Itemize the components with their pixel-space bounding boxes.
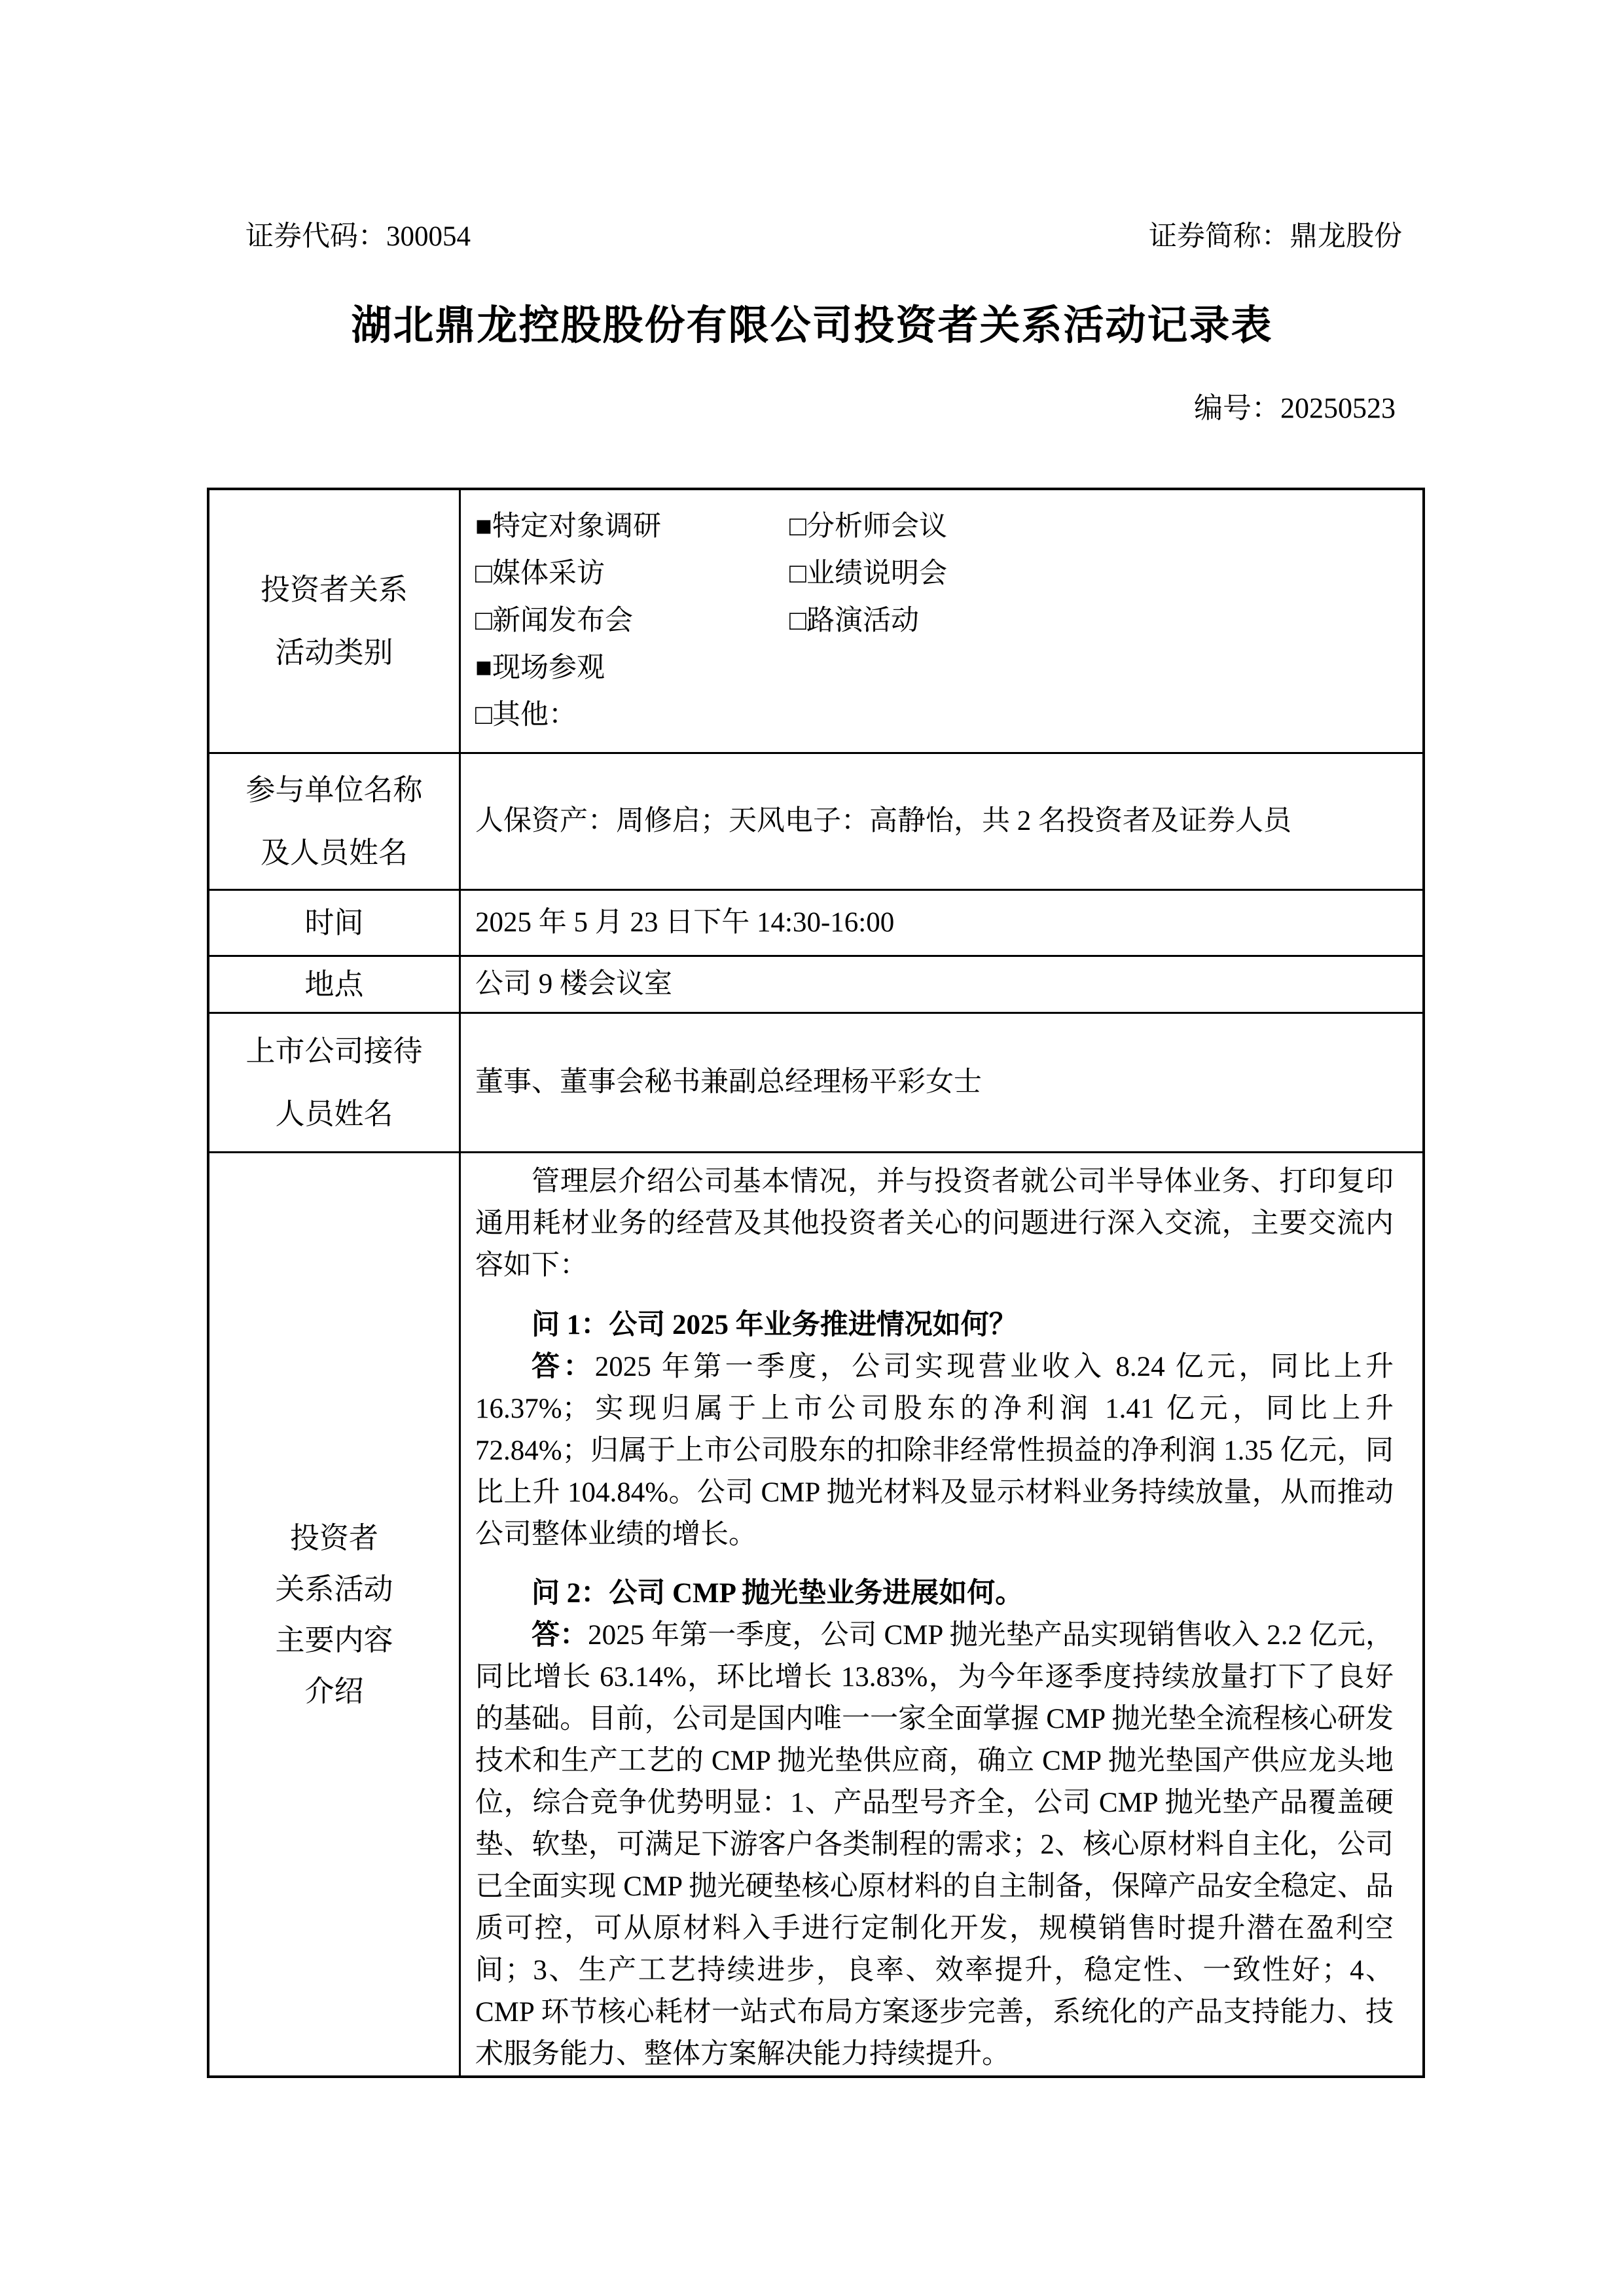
option-results-briefing: □业绩说明会	[789, 550, 947, 598]
time-value-cell: 2025 年 5 月 23 日下午 14:30-16:00	[461, 891, 1422, 955]
checkbox-checked-icon: ■	[475, 511, 492, 542]
option-label: 现场参观	[492, 653, 605, 683]
option-line: ■特定对象调研 □分析师会议	[475, 503, 1394, 550]
receptionists-value-cell: 董事、董事会秘书兼副总经理杨平彩女士	[461, 1014, 1422, 1151]
option-other: □其他：	[475, 692, 789, 739]
option-line: □新闻发布会 □路演活动	[475, 598, 1394, 645]
question-1: 问 1：公司 2025 年业务推进情况如何？	[475, 1304, 1394, 1346]
location-value: 公司 9 楼会议室	[475, 965, 1394, 1004]
option-analyst-meeting: □分析师会议	[789, 503, 947, 550]
checkbox-unchecked-icon: □	[789, 511, 806, 542]
table-row-receptionists: 上市公司接待 人员姓名 董事、董事会秘书兼副总经理杨平彩女士	[209, 1012, 1422, 1151]
row-label-line: 及人员姓名	[261, 821, 408, 884]
answer-2-text: 2025 年第一季度，公司 CMP 抛光垫产品实现销售收入 2.2 亿元，同比增…	[475, 1620, 1394, 2070]
checkbox-unchecked-icon: □	[789, 558, 806, 589]
stock-code-label: 证券代码：300054	[245, 219, 471, 255]
location-value-cell: 公司 9 楼会议室	[461, 957, 1422, 1012]
row-label-line: 人员姓名	[275, 1083, 393, 1145]
row-label-line: 关系活动	[275, 1564, 393, 1615]
option-line: □其他：	[475, 692, 1394, 739]
activity-type-options: ■特定对象调研 □分析师会议 □媒体采访 □业绩说明会 □新闻发布会 □路演活动…	[461, 490, 1422, 752]
table-row-participants: 参与单位名称 及人员姓名 人保资产：周修启；天风电子：高静怡，共 2 名投资者及…	[209, 752, 1422, 889]
option-roadshow: □路演活动	[789, 598, 919, 645]
option-press-conference: □新闻发布会	[475, 598, 789, 645]
option-line: □媒体采访 □业绩说明会	[475, 550, 1394, 598]
table-row-location: 地点 公司 9 楼会议室	[209, 955, 1422, 1012]
row-label-time: 时间	[209, 891, 461, 955]
row-label-main-content: 投资者 关系活动 主要内容 介绍	[209, 1153, 461, 2075]
record-table: 投资者关系 活动类别 ■特定对象调研 □分析师会议 □媒体采访 □业绩说明会 □…	[207, 488, 1425, 2078]
main-content: 管理层介绍公司基本情况，并与投资者就公司半导体业务、打印复印通用耗材业务的经营及…	[461, 1153, 1422, 2075]
answer-2-prefix: 答：	[532, 1620, 588, 1651]
answer-2: 答：2025 年第一季度，公司 CMP 抛光垫产品实现销售收入 2.2 亿元，同…	[475, 1615, 1394, 2075]
question-2: 问 2：公司 CMP 抛光垫业务进展如何。	[475, 1573, 1394, 1615]
row-label-line: 上市公司接待	[245, 1020, 422, 1083]
checkbox-unchecked-icon: □	[789, 605, 806, 636]
intro-paragraph: 管理层介绍公司基本情况，并与投资者就公司半导体业务、打印复印通用耗材业务的经营及…	[475, 1161, 1394, 1287]
checkbox-unchecked-icon: □	[475, 605, 492, 636]
row-label-line: 投资者	[290, 1513, 378, 1564]
answer-1-text: 2025 年第一季度，公司实现营业收入 8.24 亿元，同比上升 16.37%；…	[475, 1352, 1394, 1550]
row-label-participants: 参与单位名称 及人员姓名	[209, 754, 461, 889]
option-label: 特定对象调研	[492, 511, 661, 542]
blank-line	[475, 1287, 1394, 1304]
document-page: 证券代码：300054 证券简称：鼎龙股份 湖北鼎龙控股股份有限公司投资者关系活…	[0, 0, 1624, 2296]
row-label-activity-type: 投资者关系 活动类别	[209, 490, 461, 752]
stock-short-name-label: 证券简称：鼎龙股份	[1149, 219, 1402, 255]
row-label-line: 参与单位名称	[245, 759, 422, 821]
checkbox-unchecked-icon: □	[475, 700, 492, 730]
row-label-receptionists: 上市公司接待 人员姓名	[209, 1014, 461, 1151]
option-special-object-research: ■特定对象调研	[475, 503, 789, 550]
option-label: 其他：	[492, 700, 577, 730]
answer-1: 答：2025 年第一季度，公司实现营业收入 8.24 亿元，同比上升 16.37…	[475, 1346, 1394, 1556]
option-label: 业绩说明会	[806, 558, 947, 589]
option-label: 分析师会议	[806, 511, 947, 542]
checkbox-unchecked-icon: □	[475, 558, 492, 589]
document-header: 证券代码：300054 证券简称：鼎龙股份	[245, 219, 1402, 255]
time-value: 2025 年 5 月 23 日下午 14:30-16:00	[475, 903, 1394, 942]
row-label-line: 地点	[304, 953, 363, 1016]
row-label-line: 时间	[304, 891, 363, 954]
table-row-main-content: 投资者 关系活动 主要内容 介绍 管理层介绍公司基本情况，并与投资者就公司半导体…	[209, 1151, 1422, 2075]
option-site-visit: ■现场参观	[475, 645, 789, 692]
option-line: ■现场参观	[475, 645, 1394, 692]
participants-value: 人保资产：周修启；天风电子：高静怡，共 2 名投资者及证券人员	[475, 802, 1394, 841]
checkbox-checked-icon: ■	[475, 653, 492, 683]
page-title: 湖北鼎龙控股股份有限公司投资者关系活动记录表	[0, 300, 1624, 352]
doc-number: 编号：20250523	[1194, 390, 1396, 427]
table-row-time: 时间 2025 年 5 月 23 日下午 14:30-16:00	[209, 889, 1422, 955]
row-label-line: 介绍	[304, 1666, 363, 1717]
participants-value-cell: 人保资产：周修启；天风电子：高静怡，共 2 名投资者及证券人员	[461, 754, 1422, 889]
receptionists-value: 董事、董事会秘书兼副总经理杨平彩女士	[475, 1063, 1394, 1102]
row-label-line: 投资者关系	[261, 558, 408, 621]
row-label-line: 主要内容	[275, 1615, 393, 1666]
row-label-location: 地点	[209, 957, 461, 1012]
row-label-line: 活动类别	[275, 621, 393, 684]
blank-line	[475, 1556, 1394, 1573]
option-label: 媒体采访	[492, 558, 605, 589]
option-label: 新闻发布会	[492, 605, 633, 636]
table-row-activity-type: 投资者关系 活动类别 ■特定对象调研 □分析师会议 □媒体采访 □业绩说明会 □…	[209, 490, 1422, 752]
answer-1-prefix: 答：	[532, 1352, 595, 1382]
option-label: 路演活动	[806, 605, 919, 636]
option-media-interview: □媒体采访	[475, 550, 789, 598]
